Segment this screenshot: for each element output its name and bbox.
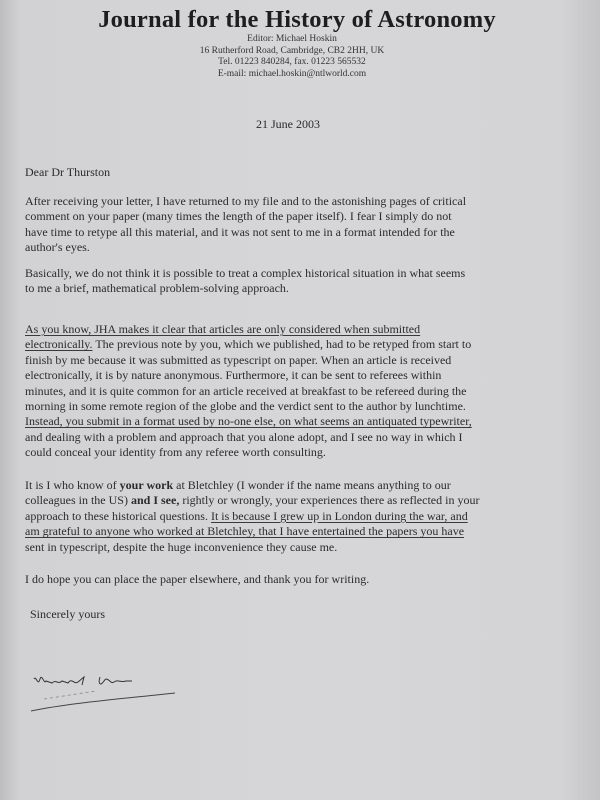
bold-text: and I see, (131, 493, 179, 507)
text-line: comment on your paper (many times the le… (25, 209, 595, 224)
journal-title: Journal for the History of Astronomy (0, 6, 600, 34)
text-run: The previous note by you, which we publi… (93, 337, 472, 351)
text-line: to me a brief, mathematical problem-solv… (25, 281, 595, 296)
letter-date: 21 June 2003 (0, 117, 588, 132)
phone-fax-line: Tel. 01223 840284, fax. 01223 565532 (0, 57, 600, 69)
text-line: sent in typescript, despite the huge inc… (25, 540, 595, 555)
underlined-text: It is because I grew up in London during… (211, 509, 468, 523)
text-line: approach to these historical questions. … (25, 509, 595, 524)
paragraph-2: Basically, we do not think it is possibl… (25, 266, 595, 297)
handwritten-signature: Michael Hoskin (30, 673, 180, 723)
underlined-text-line: am grateful to anyone who worked at Blet… (25, 524, 595, 539)
bold-text: your work (120, 478, 173, 492)
paragraph-1: After receiving your letter, I have retu… (25, 194, 595, 256)
text-line: colleagues in the US) and I see, rightly… (25, 493, 595, 508)
text-run: rightly or wrongly, your experiences the… (179, 493, 479, 507)
text-line: and dealing with a problem and approach … (25, 430, 595, 445)
text-line: Basically, we do not think it is possibl… (25, 266, 595, 281)
text-line: It is I who know of your work at Bletchl… (25, 478, 595, 493)
paragraph-4: It is I who know of your work at Bletchl… (25, 478, 595, 555)
text-run: colleagues in the US) (25, 493, 131, 507)
paragraph-3: As you know, JHA makes it clear that art… (25, 322, 595, 461)
email-line: E-mail: michael.hoskin@ntlworld.com (0, 69, 600, 81)
text-run: approach to these historical questions. (25, 509, 211, 523)
text-line: have time to retype all this material, a… (25, 225, 595, 240)
text-line: finish by me because it was submitted as… (25, 353, 595, 368)
underlined-text-line: Instead, you submit in a format used by … (25, 414, 595, 429)
underlined-text: electronically. (25, 337, 93, 351)
text-line: minutes, and it is quite common for an a… (25, 384, 595, 399)
letterhead: Journal for the History of Astronomy Edi… (0, 6, 600, 80)
salutation: Dear Dr Thurston (25, 165, 110, 180)
editor-line: Editor: Michael Hoskin (0, 34, 600, 46)
text-line: author's eyes. (25, 240, 595, 255)
letter-page: Journal for the History of Astronomy Edi… (0, 0, 600, 800)
text-run: It is I who know of (25, 478, 120, 492)
text-line: electronically. The previous note by you… (25, 337, 595, 352)
text-line: After receiving your letter, I have retu… (25, 194, 595, 209)
address-line: 16 Rutherford Road, Cambridge, CB2 2HH, … (0, 46, 600, 58)
text-line: could conceal your identity from any ref… (25, 445, 595, 460)
underlined-text-line: As you know, JHA makes it clear that art… (25, 322, 595, 337)
paragraph-5: I do hope you can place the paper elsewh… (25, 572, 595, 587)
text-line: electronically, it is by nature anonymou… (25, 368, 595, 383)
text-line: morning in some remote region of the glo… (25, 399, 595, 414)
closing: Sincerely yours (30, 607, 105, 622)
text-run: at Bletchley (I wonder if the name means… (173, 478, 451, 492)
